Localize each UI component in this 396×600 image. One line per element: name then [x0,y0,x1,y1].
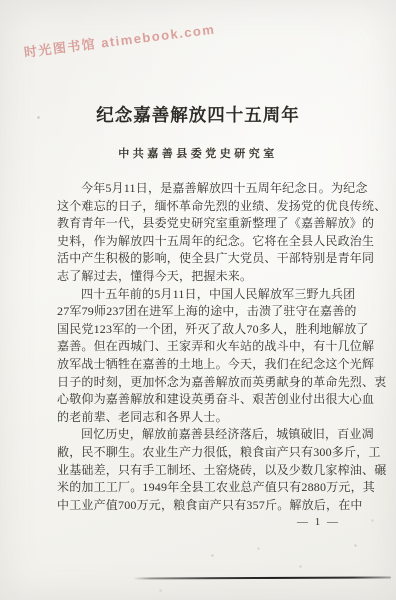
body-line: 心敬仰为嘉善解放和建设英勇奋斗、艰苦创业付出很大心血 [57,391,359,409]
body-line: 米的加工工厂。1949年全县工农业总产值只有2880万元，其 [57,479,359,497]
library-watermark: 时光图书馆 atimebook.com [23,19,216,61]
body-line: 回忆历史，解放前嘉善县经济落后，城镇破旧，百业凋 [57,426,359,444]
body-line: 中工业产值700万元，粮食亩产只有357斤。解放后，在中 [57,497,359,515]
body-line: 志了解过去，懂得今天，把握未来。 [57,268,359,286]
article-author: 中共嘉善县委党史研究室 [0,145,396,161]
article-body: 今年5月11日，是嘉善解放四十五周年纪念日。为纪念 这个难忘的日子，缅怀革命先烈… [57,180,359,514]
body-line: 教育青年一代，县委党史研究室重新整理了《嘉善解放》的 [57,215,359,233]
body-line: 27军79师237团在进军上海的途中，击溃了驻守在嘉善的 [57,303,359,321]
body-line: 日子的时刻，更加怀念为嘉善解放而英勇献身的革命先烈、衷 [57,374,359,392]
body-line: 国民党123军的一个团，歼灭了敌人70多人，胜利地解放了 [57,321,359,339]
body-line: 业基础差，只有手工制坯、土窑烧砖，以及少数几家榨油、碾 [57,462,359,480]
body-line: 放军战士牺牲在嘉善的土地上。今天，我们在纪念这个光辉 [57,356,359,374]
body-line: 这个难忘的日子，缅怀革命先烈的业绩、发扬党的优良传统、 [57,198,359,216]
body-line: 四十五年前的5月11日，中国人民解放军三野九兵团 [57,286,359,304]
body-line: 史料，作为解放四十五周年的纪念。它将在全县人民政治生 [57,233,359,251]
body-line: 敝，民不聊生。农业生产力很低，粮食亩产只有300多斤，工 [57,444,359,462]
page-number: — 1 — [297,516,340,528]
body-line: 嘉善。但在西城门、王家弄和火车站的战斗中，有十几位解 [57,338,359,356]
scanned-book-page: 时光图书馆 atimebook.com 纪念嘉善解放四十五周年 中共嘉善县委党史… [0,0,396,600]
article-title: 纪念嘉善解放四十五周年 [0,102,396,127]
body-line: 活中产生积极的影响，使全县广大党员、干部特别是青年同 [57,250,359,268]
scan-speckles [0,0,1,1]
body-line: 今年5月11日，是嘉善解放四十五周年纪念日。为纪念 [57,180,359,198]
body-line: 的老前辈、老同志和各界人士。 [57,409,359,427]
scan-artifact-line [133,576,391,579]
